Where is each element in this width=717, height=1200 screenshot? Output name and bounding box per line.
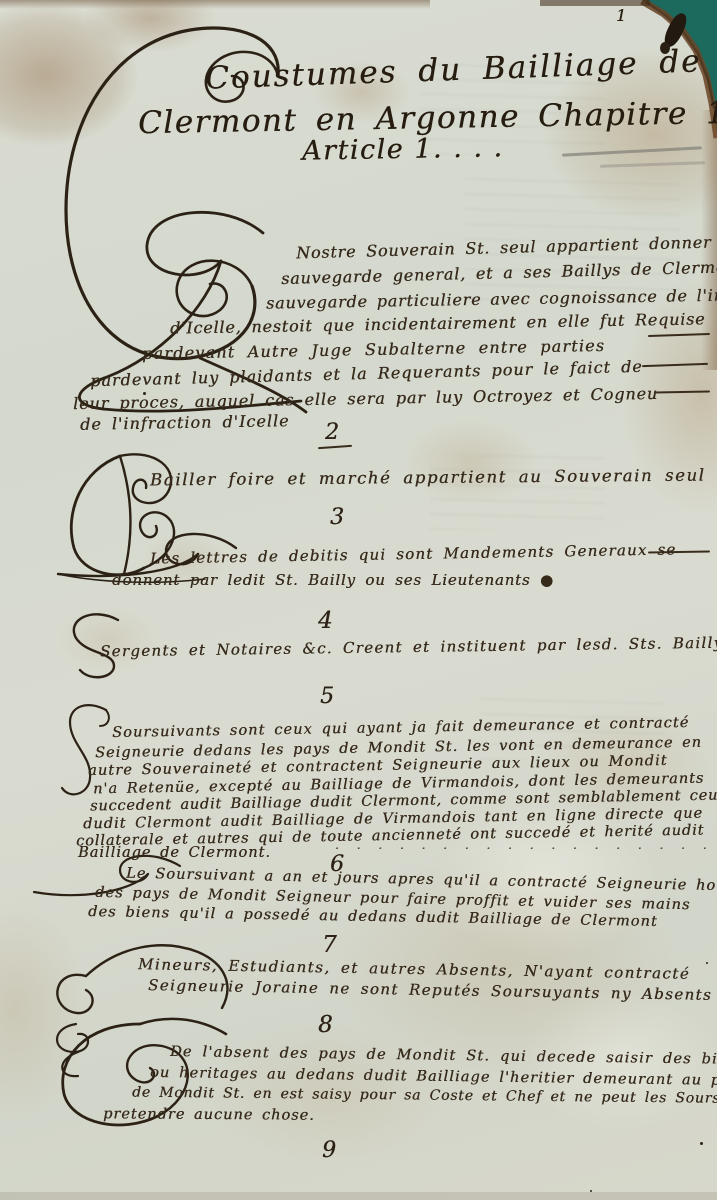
article-number-9: 9 — [322, 1138, 336, 1163]
manuscript-line: de l'infraction d'Icelle — [80, 411, 290, 434]
manuscript-line: pretendre aucune chose. — [103, 1106, 315, 1123]
ink-speck — [143, 392, 146, 395]
article-number-7: 7 — [322, 932, 337, 958]
ink-speck — [706, 962, 708, 964]
manuscript-line: donnent par ledit St. Bailly ou ses Lieu… — [112, 571, 554, 589]
article-number-2: 2 — [325, 420, 339, 445]
article-number-4: 4 — [318, 608, 333, 634]
manuscript-line: Bailliage de Clermont. — [78, 845, 271, 861]
article-number-8: 8 — [318, 1012, 333, 1038]
ink-speck — [620, 300, 622, 302]
dot-filler: . . . . . . . . . . . . . . . . . . — [335, 838, 714, 852]
ink-speck — [700, 1142, 703, 1145]
page-number: 1 — [616, 6, 626, 25]
article-number-3: 3 — [330, 505, 344, 530]
top-edge-shade — [0, 0, 430, 9]
bottom-edge-shade — [0, 1192, 717, 1200]
top-edge-smear — [540, 0, 650, 6]
ink-speck — [590, 1190, 592, 1192]
article-1-heading: Article 1. . . . — [302, 132, 504, 167]
article-number-5: 5 — [320, 684, 334, 709]
photo-of-manuscript: { "document": { "page_number": "1", "tit… — [0, 0, 717, 1200]
